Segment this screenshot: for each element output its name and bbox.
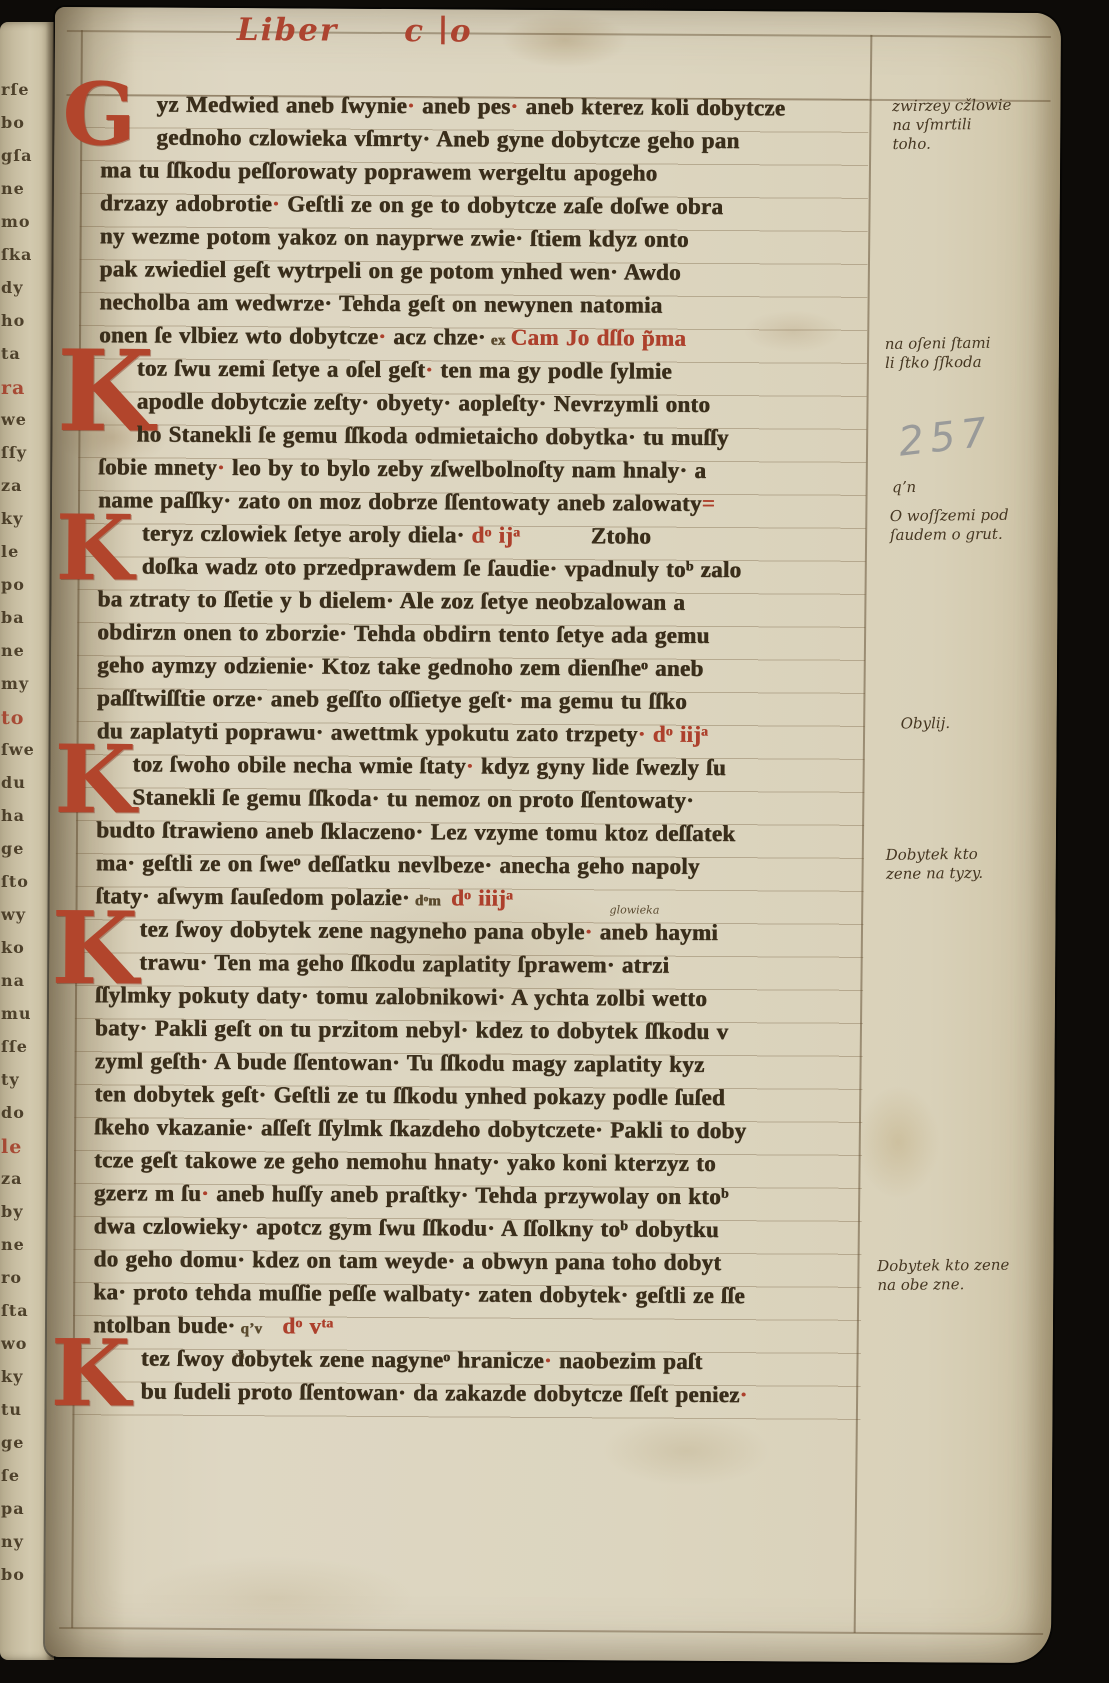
edge-fragment: tu	[1, 1400, 22, 1419]
edge-fragment: ſto	[1, 872, 29, 891]
edge-fragment: ſta	[1, 1301, 29, 1320]
margin-notes-layer: zwirzey cžlowie na vſmrtili toho.na oſen…	[45, 7, 1061, 1663]
margin-note: glowieka	[609, 900, 659, 919]
margin-note: na oſeni ſtami li ſtko ſſkoda	[885, 334, 991, 373]
edge-fragment: ne	[1, 179, 25, 198]
edge-fragment: ſe	[1, 1466, 20, 1485]
margin-note: m̃	[235, 1346, 246, 1365]
edge-fragment: ba	[1, 608, 25, 627]
edge-fragment: ny	[1, 1532, 24, 1551]
margin-note: Dobytek kto zene na tyzy.	[886, 845, 984, 884]
edge-fragment: pa	[1, 1499, 25, 1518]
edge-fragment: le	[1, 1136, 22, 1158]
edge-fragment: za	[1, 1169, 22, 1188]
edge-fragment: wy	[1, 905, 26, 924]
edge-fragment: ſſy	[1, 443, 27, 462]
margin-note: Obylij.	[901, 714, 951, 734]
edge-fragment: rſe	[1, 80, 30, 99]
edge-fragment: wo	[1, 1334, 27, 1353]
edge-fragment: ho	[1, 311, 25, 330]
edge-fragment: ſſe	[1, 1037, 28, 1056]
edge-fragment: ſwe	[1, 740, 35, 759]
edge-fragment: do	[1, 1103, 25, 1122]
folio-number-pencil: 257	[896, 409, 995, 466]
edge-fragment: mu	[1, 1004, 32, 1023]
edge-fragment: ge	[1, 839, 24, 858]
edge-fragment: bo	[1, 113, 25, 132]
edge-fragment: ha	[1, 806, 25, 825]
edge-fragment: to	[1, 707, 24, 729]
edge-fragment: gſa	[1, 146, 32, 165]
edge-fragment: bo	[1, 1565, 25, 1584]
edge-fragment: za	[1, 476, 22, 495]
edge-fragment: ta	[1, 344, 21, 363]
edge-fragment: mo	[1, 212, 31, 231]
edge-fragment: ne	[1, 641, 25, 660]
edge-fragment: ge	[1, 1433, 24, 1452]
photo-backdrop: { "header": { "title": "Liber", "chapter…	[0, 0, 1109, 1683]
edge-fragment: dy	[1, 278, 23, 297]
margin-note: Dobytek kto zene na obe zne.	[877, 1256, 1010, 1295]
edge-fragment: ty	[1, 1070, 20, 1089]
edge-fragment: ſka	[1, 245, 32, 264]
margin-note: zwirzey cžlowie na vſmrtili toho.	[892, 96, 1012, 154]
manuscript-page: Liber c ∣o Gyz Medwied aneb ſwynie· aneb…	[45, 7, 1061, 1663]
edge-fragment: ko	[1, 938, 25, 957]
edge-fragment: le	[1, 542, 19, 561]
edge-fragment: ne	[1, 1235, 25, 1254]
margin-note: O woſſzemi pod ſaudem o grut.	[890, 506, 1009, 545]
edge-fragment: po	[1, 575, 25, 594]
edge-fragment: by	[1, 1202, 23, 1221]
edge-fragment: ky	[1, 509, 23, 528]
margin-note: qʼn	[892, 478, 916, 497]
edge-fragment: na	[1, 971, 25, 990]
edge-fragment: du	[1, 773, 26, 792]
edge-fragment: ky	[1, 1367, 23, 1386]
edge-fragment: ro	[1, 1268, 22, 1287]
edge-fragment: my	[1, 674, 29, 693]
edge-fragment: we	[1, 410, 27, 429]
edge-fragment: ra	[1, 377, 25, 399]
